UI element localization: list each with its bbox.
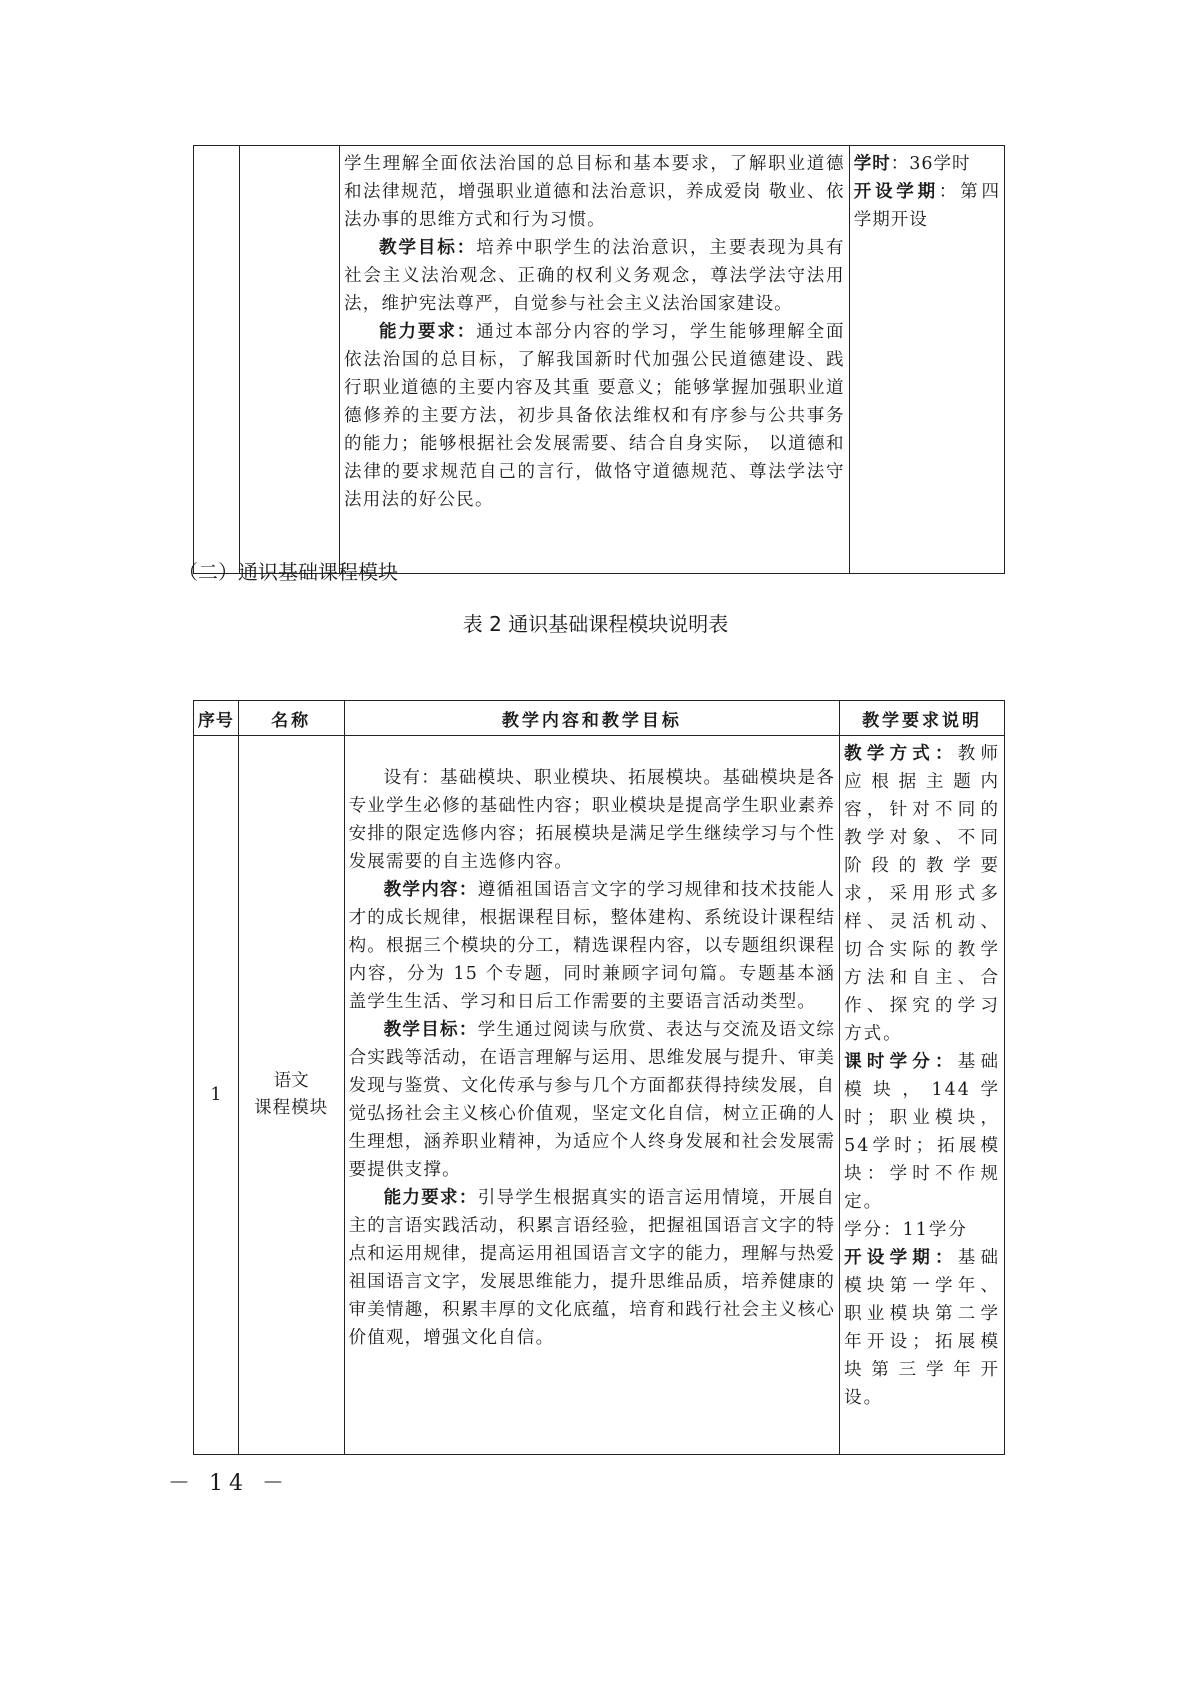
content-paragraph: 能力要求：引导学生根据真实的语言运用情境，开展自主的言语实践活动，积累言语经验，… [345,1184,840,1352]
content-paragraph: 能力要求：通过本部分内容的学习，学生能够理解全面依法治国的总目标，了解我国新时代… [340,318,849,514]
row-number: 1 [194,736,239,1455]
page-number: － 14 － [168,1466,290,1497]
credits: 学分：11学分 [840,1216,1004,1244]
table-caption: 表 2 通识基础课程模块说明表 [0,608,1191,637]
requirements-cell: 学时：36学时 开设学期：第四学期开设 [849,146,1004,574]
header-name: 名称 [238,701,344,736]
name-cell [239,146,339,574]
content-cell: 学生理解全面依法治国的总目标和基本要求，了解职业道德和法律规范，增强职业道德和法… [340,146,850,574]
number-cell [194,146,240,574]
semester: 开设学期：基础模块第一学年、职业模块第二学年开设；拓展模块第三学年开设。 [840,1244,1004,1412]
content-paragraph: 学生理解全面依法治国的总目标和基本要求，了解职业道德和法律规范，增强职业道德和法… [340,150,849,234]
content-paragraph: 设有：基础模块、职业模块、拓展模块。基础模块是各专业学生必修的基础性内容；职业模… [345,764,840,876]
table-row: 学生理解全面依法治国的总目标和基本要求，了解职业道德和法律规范，增强职业道德和法… [194,146,1005,574]
teaching-method: 教学方式：教师应根据主题内容，针对不同的教学对象、不同阶段的教学要求，采用形式多… [840,740,1004,1048]
semester-requirement: 开设学期：第四学期开设 [850,178,1004,234]
header-number: 序号 [194,701,239,736]
content-paragraph: 教学内容：遵循祖国语言文字的学习规律和技术技能人才的成长规律，根据课程目标，整体… [345,876,840,1016]
hours-credits: 课时学分：基础模块，144学时；职业模块，54学时；拓展模块：学时不作规定。 [840,1048,1004,1216]
table-header-row: 序号 名称 教学内容和教学目标 教学要求说明 [194,701,1005,736]
row-name: 语文 课程模块 [238,736,344,1455]
general-course-module-table: 序号 名称 教学内容和教学目标 教学要求说明 1 语文 课程模块 设有：基础模块… [193,700,1005,1455]
name-line-2: 课程模块 [239,1095,344,1122]
header-requirements: 教学要求说明 [840,701,1005,736]
header-content: 教学内容和教学目标 [344,701,840,736]
hours-requirement: 学时：36学时 [850,150,1004,178]
content-paragraph: 教学目标：培养中职学生的法治意识，主要表现为具有社会主义法治观念、正确的权利义务… [340,234,849,318]
name-line-1: 语文 [239,1068,344,1095]
content-cell: 设有：基础模块、职业模块、拓展模块。基础模块是各专业学生必修的基础性内容；职业模… [344,736,840,1455]
table-1-continuation: 学生理解全面依法治国的总目标和基本要求，了解职业道德和法律规范，增强职业道德和法… [193,145,1005,574]
table-row: 1 语文 课程模块 设有：基础模块、职业模块、拓展模块。基础模块是各专业学生必修… [194,736,1005,1455]
content-paragraph: 教学目标：学生通过阅读与欣赏、表达与交流及语文综合实践等活动，在语言理解与运用、… [345,1016,840,1184]
requirements-cell: 教学方式：教师应根据主题内容，针对不同的教学对象、不同阶段的教学要求，采用形式多… [840,736,1005,1455]
section-heading: （二）通识基础课程模块 [178,556,398,585]
